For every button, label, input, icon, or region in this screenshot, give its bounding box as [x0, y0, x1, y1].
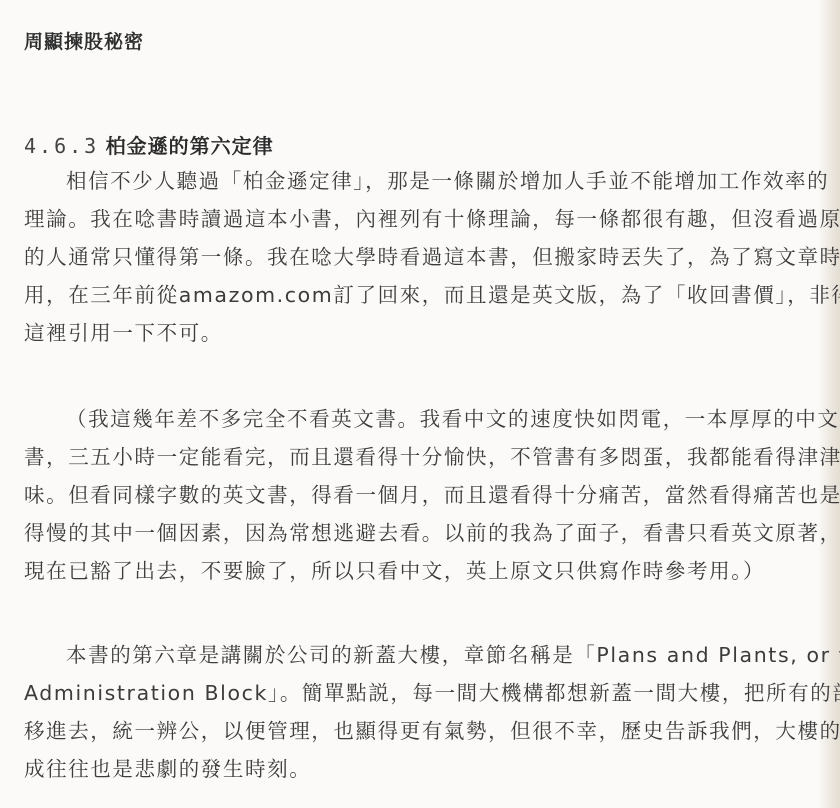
section-title: 柏金遜的第六定律 — [106, 134, 274, 158]
text-line: 得慢的其中一個因素，因為常想逃避去看。以前的我為了面子，看書只看英文原著，但 — [24, 514, 824, 552]
text-line: 移進去，統一辨公，以便管理，也顯得更有氣勢，但很不幸，歷史告訴我們，大樓的建 — [24, 712, 824, 750]
text-line: 本書的第六章是講關於公司的新蓋大樓，章節名稱是「Plans and Plants… — [24, 636, 824, 674]
text-line: Administration Block」。簡單點説，每一間大機構都想新蓋一間大… — [24, 674, 824, 712]
text-line: 理論。我在唸書時讀過這本小書，內裡列有十條理論，每一條都很有趣，但沒看過原書 — [24, 200, 824, 238]
section-number: 4.6.3 — [24, 134, 99, 158]
text-line: 相信不少人聽過「柏金遜定律」，那是一條關於增加人手並不能增加工作效率的 — [24, 162, 824, 200]
text-line: 味。但看同樣字數的英文書，得看一個月，而且還看得十分痛苦，當然看得痛苦也是看 — [24, 476, 824, 514]
running-head: 周顯揀股秘密 — [24, 27, 144, 54]
text-line: 的人通常只懂得第一條。我在唸大學時看過這本書，但搬家時丟失了，為了寫文章時引 — [24, 238, 824, 276]
paragraph-1: 相信不少人聽過「柏金遜定律」，那是一條關於增加人手並不能增加工作效率的 理論。我… — [24, 162, 824, 352]
text-line: 這裡引用一下不可。 — [24, 314, 824, 352]
text-line: 現在已豁了出去，不要臉了，所以只看中文，英上原文只供寫作時參考用。） — [24, 552, 824, 590]
section-heading: 4.6.3 柏金遜的第六定律 — [24, 130, 274, 159]
paragraph-3: 本書的第六章是講關於公司的新蓋大樓，章節名稱是「Plans and Plants… — [24, 636, 824, 788]
text-line: 用，在三年前從amazom.com訂了回來，而且還是英文版，為了「收回書價」，非… — [24, 276, 824, 314]
paragraph-2: （我這幾年差不多完全不看英文書。我看中文的速度快如閃電，一本厚厚的中文 書，三五… — [24, 400, 824, 590]
text-line: 成往往也是悲劇的發生時刻。 — [24, 750, 824, 788]
text-line: （我這幾年差不多完全不看英文書。我看中文的速度快如閃電，一本厚厚的中文 — [24, 400, 824, 438]
text-line: 書，三五小時一定能看完，而且還看得十分愉快，不管書有多悶蛋，我都能看得津津有 — [24, 438, 824, 476]
